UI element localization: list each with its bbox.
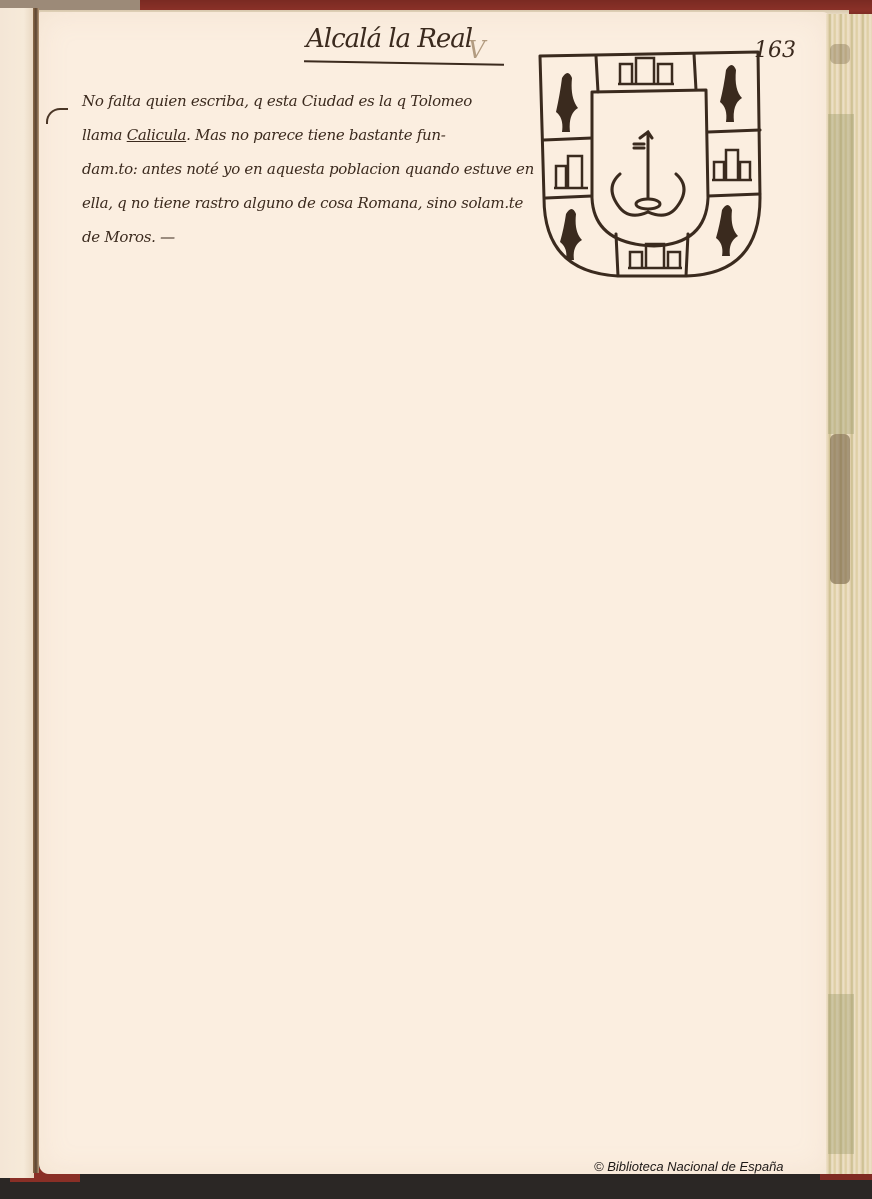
title-ghost-mark: V xyxy=(468,36,485,64)
facing-page-edge xyxy=(0,8,34,1178)
manuscript-text: No falta quien escriba, q esta Ciudad es… xyxy=(82,84,552,254)
coat-of-arms-icon xyxy=(536,48,766,280)
ink-stain xyxy=(830,44,850,64)
text-line-3: dam.to: antes noté yo en aquesta poblaci… xyxy=(82,152,552,186)
page-discoloration xyxy=(828,114,854,434)
text-line-4: ella, q no tiene rastro alguno de cosa R… xyxy=(82,186,552,220)
scan-background xyxy=(0,1178,872,1199)
page-discoloration xyxy=(828,994,854,1154)
page-fore-edge xyxy=(826,14,872,1174)
text-fragment: . Mas no parece tiene bastante fun- xyxy=(186,126,445,144)
copyright-notice: © Biblioteca Nacional de España xyxy=(594,1159,784,1174)
text-line-2: llama Calicula. Mas no parece tiene bast… xyxy=(82,118,552,152)
page-title: Alcalá la Real xyxy=(306,24,472,54)
text-line-5: de Moros. — xyxy=(82,220,552,254)
text-line-1: No falta quien escriba, q esta Ciudad es… xyxy=(82,84,552,118)
underlined-word: Calicula xyxy=(127,126,186,144)
text-word: llama xyxy=(82,126,122,144)
ink-stain xyxy=(830,434,850,584)
